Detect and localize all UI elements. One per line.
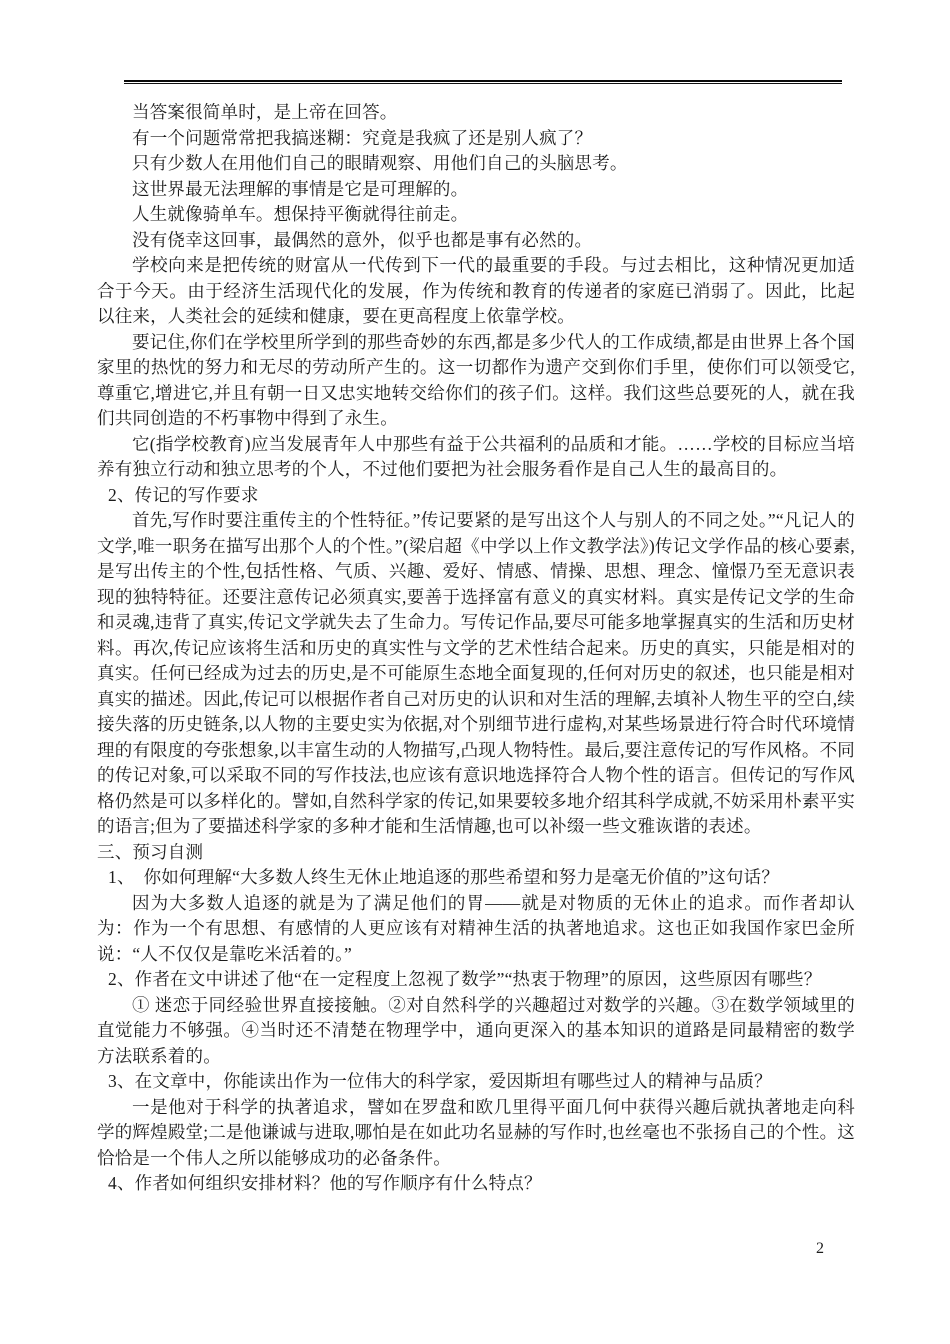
quote-line: 有一个问题常常把我搞迷糊：究竟是我疯了还是别人疯了？ <box>97 126 855 152</box>
quote-line: 只有少数人在用他们自己的眼睛观察、用他们自己的头脑思考。 <box>97 151 855 177</box>
answer-3: 一是他对于科学的执著追求，譬如在罗盘和欧几里得平面几何中获得兴趣后就执著地走向科… <box>97 1095 855 1172</box>
quote-line: 当答案很简单时，是上帝在回答。 <box>97 100 855 126</box>
section-heading-self-test: 三、预习自测 <box>97 840 855 866</box>
question-1: 1、 你如何理解“大多数人终生无休止地追逐的那些希望和努力是毫无价值的”这句话？ <box>97 865 855 891</box>
page-number: 2 <box>816 1240 824 1258</box>
paragraph-remember: 要记住,你们在学校里所学到的那些奇妙的东西,都是多少代人的工作成绩,都是由世界上… <box>97 330 855 432</box>
document-content: 当答案很简单时，是上帝在回答。 有一个问题常常把我搞迷糊：究竟是我疯了还是别人疯… <box>97 100 855 1197</box>
question-2: 2、作者在文中讲述了他“在一定程度上忽视了数学”“热衷于物理”的原因，这些原因有… <box>97 967 855 993</box>
answer-1: 因为大多数人追逐的就是为了满足他们的胃——就是对物质的无休止的追求。而作者却认为… <box>97 891 855 968</box>
answer-2: ① 迷恋于同经验世界直接接触。②对自然科学的兴趣超过对数学的兴趣。③在数学领域里… <box>97 993 855 1070</box>
quote-line: 人生就像骑单车。想保持平衡就得往前走。 <box>97 202 855 228</box>
quote-line: 这世界最无法理解的事情是它是可理解的。 <box>97 177 855 203</box>
paragraph-biography-writing: 首先,写作时要注重传主的个性特征。”传记要紧的是写出这个人与别人的不同之处。”“… <box>97 508 855 840</box>
quote-line: 没有侥幸这回事，最偶然的意外，似乎也都是事有必然的。 <box>97 228 855 254</box>
question-3: 3、在文章中，你能读出作为一位伟大的科学家，爱因斯坦有哪些过人的精神与品质？ <box>97 1069 855 1095</box>
paragraph-school: 学校向来是把传统的财富从一代传到下一代的最重要的手段。与过去相比，这种情况更加适… <box>97 253 855 330</box>
question-4: 4、作者如何组织安排材料？他的写作顺序有什么特点？ <box>97 1171 855 1197</box>
header-rule <box>124 80 842 84</box>
document-page: 当答案很简单时，是上帝在回答。 有一个问题常常把我搞迷糊：究竟是我疯了还是别人疯… <box>0 0 950 1344</box>
subsection-heading-biography-requirements: 2、传记的写作要求 <box>97 483 855 509</box>
paragraph-education: 它(指学校教育)应当发展青年人中那些有益于公共福利的品质和才能。……学校的目标应… <box>97 432 855 483</box>
